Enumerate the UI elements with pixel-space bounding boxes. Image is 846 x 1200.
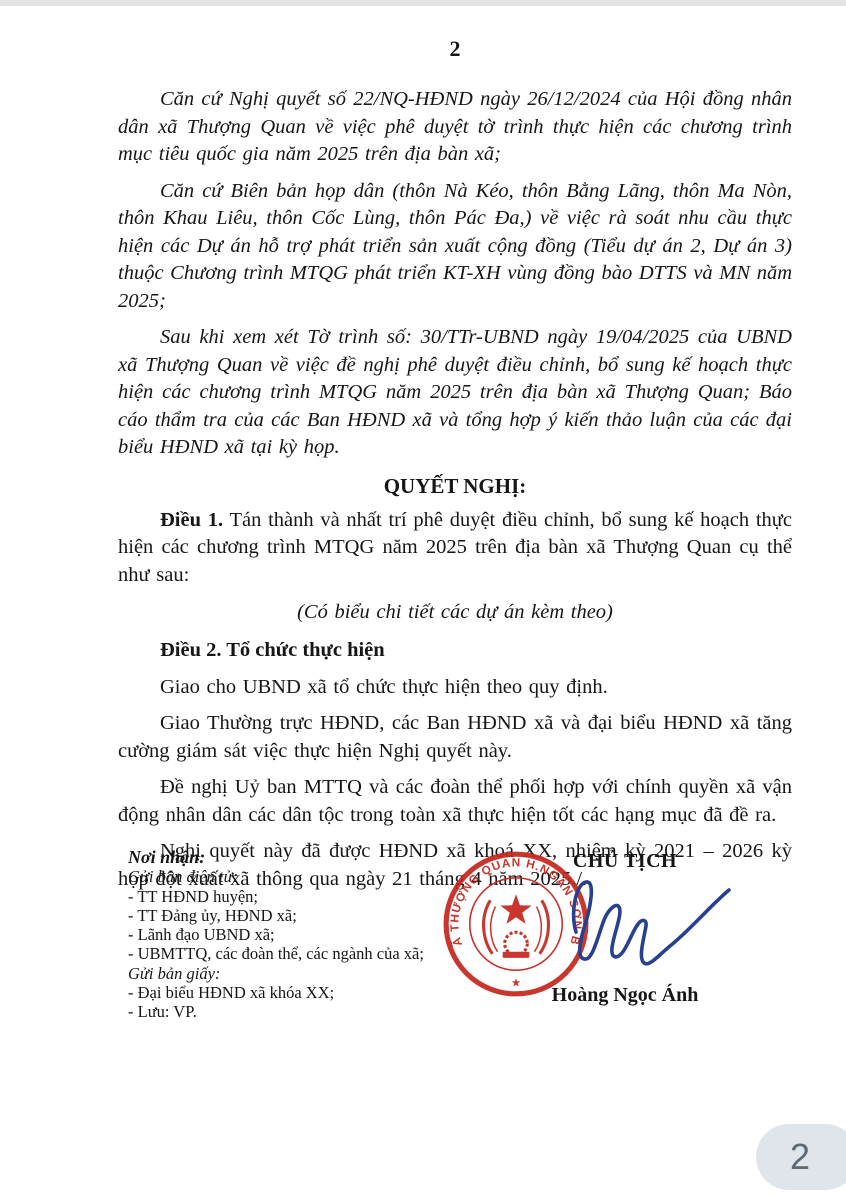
citation-paragraph: Căn cứ Biên bản họp dân (thôn Nà Kéo, th… <box>118 178 792 316</box>
article-1-label: Điều 1. <box>160 509 223 531</box>
body-paragraph: Giao cho UBND xã tổ chức thực hiện theo … <box>118 674 792 702</box>
resolution-heading: QUYẾT NGHỊ: <box>118 474 792 499</box>
recipient-item: - Lãnh đạo UBND xã; <box>128 925 488 944</box>
article-2-heading: Điều 2. Tổ chức thực hiện <box>118 639 792 662</box>
recipient-item: - TT HĐND huyện; <box>128 887 488 906</box>
article-1-paragraph: Điều 1. Tán thành và nhất trí phê duyệt … <box>118 507 792 590</box>
recipients-subtitle: Gửi bản điện tử: <box>128 867 488 886</box>
recipients-subtitle: Gửi bản giấy: <box>128 964 488 983</box>
handwritten-signature-icon <box>546 860 738 980</box>
attachment-note: (Có biểu chi tiết các dự án kèm theo) <box>118 599 792 627</box>
recipient-item: - TT Đảng ủy, HĐND xã; <box>128 906 488 925</box>
signer-name: Hoàng Ngọc Ánh <box>505 984 745 1007</box>
recipients-block: Nơi nhận: Gửi bản điện tử: - TT HĐND huy… <box>128 848 488 1022</box>
citation-paragraph: Sau khi xem xét Tờ trình số: 30/TTr-UBND… <box>118 324 792 462</box>
page-number-header: 2 <box>118 36 792 62</box>
recipient-item: - Lưu: VP. <box>128 1002 488 1021</box>
page-indicator-number: 2 <box>790 1136 810 1178</box>
seal-star-icon <box>500 894 531 924</box>
recipients-title: Nơi nhận: <box>128 848 488 867</box>
recipient-item: - Đại biểu HĐND xã khóa XX; <box>128 983 488 1002</box>
document-page: 2 Căn cứ Nghị quyết số 22/NQ-HĐND ngày 2… <box>118 36 792 902</box>
viewer-top-bar <box>0 0 846 6</box>
body-paragraph: Giao Thường trực HĐND, các Ban HĐND xã v… <box>118 710 792 765</box>
page-indicator-badge[interactable]: 2 <box>756 1124 846 1190</box>
citation-paragraph: Căn cứ Nghị quyết số 22/NQ-HĐND ngày 26/… <box>118 86 792 169</box>
recipient-item: - UBMTTQ, các đoàn thể, các ngành của xã… <box>128 944 488 963</box>
body-paragraph: Đề nghị Uỷ ban MTTQ và các đoàn thể phối… <box>118 774 792 829</box>
